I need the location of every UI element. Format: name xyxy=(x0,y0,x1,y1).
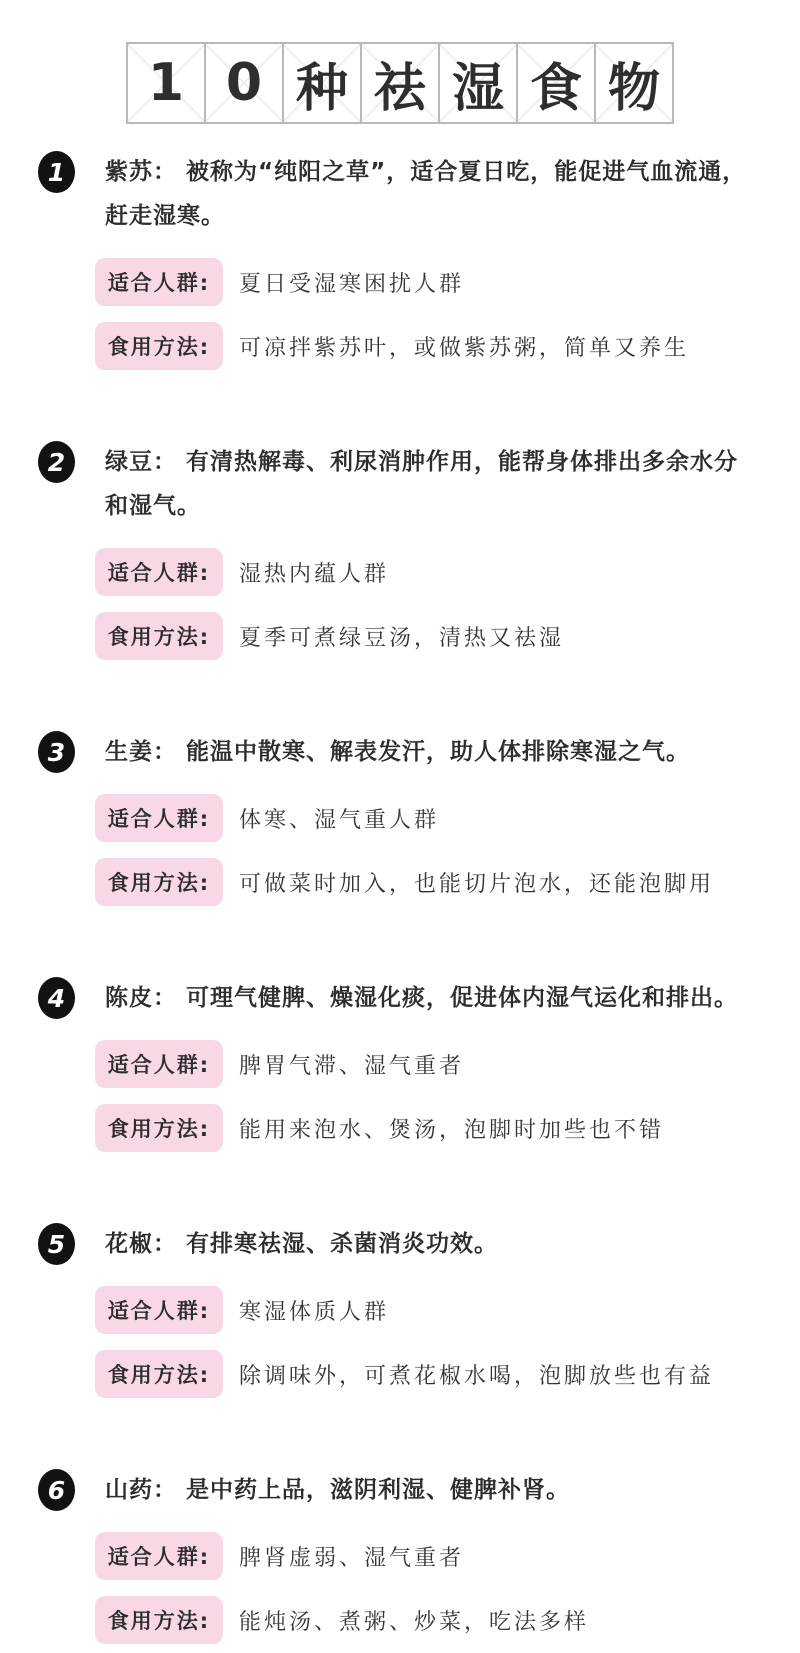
item-title: 陈皮： 可理气健脾、燥湿化痰，促进体内湿气运化和排出。 xyxy=(95,976,760,1020)
list-item: 4 陈皮： 可理气健脾、燥湿化痰，促进体内湿气运化和排出。 适合人群: 脾胃气滞… xyxy=(0,976,800,1152)
method-value: 除调味外，可煮花椒水喝，泡脚放些也有益 xyxy=(239,1359,714,1390)
audience-row: 适合人群: 脾肾虚弱、湿气重者 xyxy=(95,1532,760,1580)
item-number-badge: 5 xyxy=(38,1223,75,1265)
method-label: 食用方法: xyxy=(95,1350,223,1398)
method-row: 食用方法: 能用来泡水、煲汤，泡脚时加些也不错 xyxy=(95,1104,760,1152)
audience-row: 适合人群: 湿热内蕴人群 xyxy=(95,548,760,596)
method-label: 食用方法: xyxy=(95,1596,223,1644)
item-number-badge: 2 xyxy=(38,441,75,483)
title-char-cell: 食 xyxy=(516,42,596,124)
method-label: 食用方法: xyxy=(95,322,223,370)
list-item: 6 山药： 是中药上品，滋阴利湿、健脾补肾。 适合人群: 脾肾虚弱、湿气重者 食… xyxy=(0,1468,800,1644)
item-title: 生姜： 能温中散寒、解表发汗，助人体排除寒湿之气。 xyxy=(95,730,760,774)
audience-value: 脾胃气滞、湿气重者 xyxy=(239,1049,464,1080)
title-char-cell: 祛 xyxy=(360,42,440,124)
audience-label: 适合人群: xyxy=(95,258,223,306)
audience-label: 适合人群: xyxy=(95,1532,223,1580)
audience-row: 适合人群: 夏日受湿寒困扰人群 xyxy=(95,258,760,306)
audience-value: 寒湿体质人群 xyxy=(239,1295,389,1326)
title-char-cell: 1 xyxy=(126,42,206,124)
title-char-cell: 物 xyxy=(594,42,674,124)
list-item: 2 绿豆： 有清热解毒、利尿消肿作用，能帮身体排出多余水分和湿气。 适合人群: … xyxy=(0,440,800,660)
page-title: 1 0 种 祛 湿 食 物 xyxy=(0,42,800,124)
item-number-badge: 1 xyxy=(38,151,75,193)
audience-value: 体寒、湿气重人群 xyxy=(239,803,439,834)
method-label: 食用方法: xyxy=(95,612,223,660)
method-label: 食用方法: xyxy=(95,1104,223,1152)
item-number-badge: 3 xyxy=(38,731,75,773)
method-row: 食用方法: 能炖汤、煮粥、炒菜，吃法多样 xyxy=(95,1596,760,1644)
title-char-cell: 湿 xyxy=(438,42,518,124)
method-row: 食用方法: 可凉拌紫苏叶，或做紫苏粥，简单又养生 xyxy=(95,322,760,370)
food-list: 1 紫苏： 被称为“纯阳之草”，适合夏日吃，能促进气血流通，赶走湿寒。 适合人群… xyxy=(0,150,800,1644)
list-item: 5 花椒： 有排寒祛湿、杀菌消炎功效。 适合人群: 寒湿体质人群 食用方法: 除… xyxy=(0,1222,800,1398)
method-value: 可凉拌紫苏叶，或做紫苏粥，简单又养生 xyxy=(239,331,689,362)
audience-label: 适合人群: xyxy=(95,548,223,596)
item-number-badge: 6 xyxy=(38,1469,75,1511)
item-title: 绿豆： 有清热解毒、利尿消肿作用，能帮身体排出多余水分和湿气。 xyxy=(95,440,760,528)
list-item: 1 紫苏： 被称为“纯阳之草”，适合夏日吃，能促进气血流通，赶走湿寒。 适合人群… xyxy=(0,150,800,370)
item-title: 花椒： 有排寒祛湿、杀菌消炎功效。 xyxy=(95,1222,760,1266)
item-title: 山药： 是中药上品，滋阴利湿、健脾补肾。 xyxy=(95,1468,760,1512)
audience-value: 湿热内蕴人群 xyxy=(239,557,389,588)
method-value: 夏季可煮绿豆汤，清热又祛湿 xyxy=(239,621,564,652)
method-row: 食用方法: 夏季可煮绿豆汤，清热又祛湿 xyxy=(95,612,760,660)
method-value: 能炖汤、煮粥、炒菜，吃法多样 xyxy=(239,1605,589,1636)
title-char-cell: 0 xyxy=(204,42,284,124)
item-title: 紫苏： 被称为“纯阳之草”，适合夏日吃，能促进气血流通，赶走湿寒。 xyxy=(95,150,760,238)
audience-label: 适合人群: xyxy=(95,1286,223,1334)
audience-label: 适合人群: xyxy=(95,1040,223,1088)
method-row: 食用方法: 除调味外，可煮花椒水喝，泡脚放些也有益 xyxy=(95,1350,760,1398)
item-number-badge: 4 xyxy=(38,977,75,1019)
method-value: 可做菜时加入，也能切片泡水，还能泡脚用 xyxy=(239,867,714,898)
method-label: 食用方法: xyxy=(95,858,223,906)
audience-value: 夏日受湿寒困扰人群 xyxy=(239,267,464,298)
method-value: 能用来泡水、煲汤，泡脚时加些也不错 xyxy=(239,1113,664,1144)
method-row: 食用方法: 可做菜时加入，也能切片泡水，还能泡脚用 xyxy=(95,858,760,906)
audience-row: 适合人群: 体寒、湿气重人群 xyxy=(95,794,760,842)
audience-label: 适合人群: xyxy=(95,794,223,842)
audience-row: 适合人群: 脾胃气滞、湿气重者 xyxy=(95,1040,760,1088)
title-char-cell: 种 xyxy=(282,42,362,124)
audience-value: 脾肾虚弱、湿气重者 xyxy=(239,1541,464,1572)
list-item: 3 生姜： 能温中散寒、解表发汗，助人体排除寒湿之气。 适合人群: 体寒、湿气重… xyxy=(0,730,800,906)
audience-row: 适合人群: 寒湿体质人群 xyxy=(95,1286,760,1334)
